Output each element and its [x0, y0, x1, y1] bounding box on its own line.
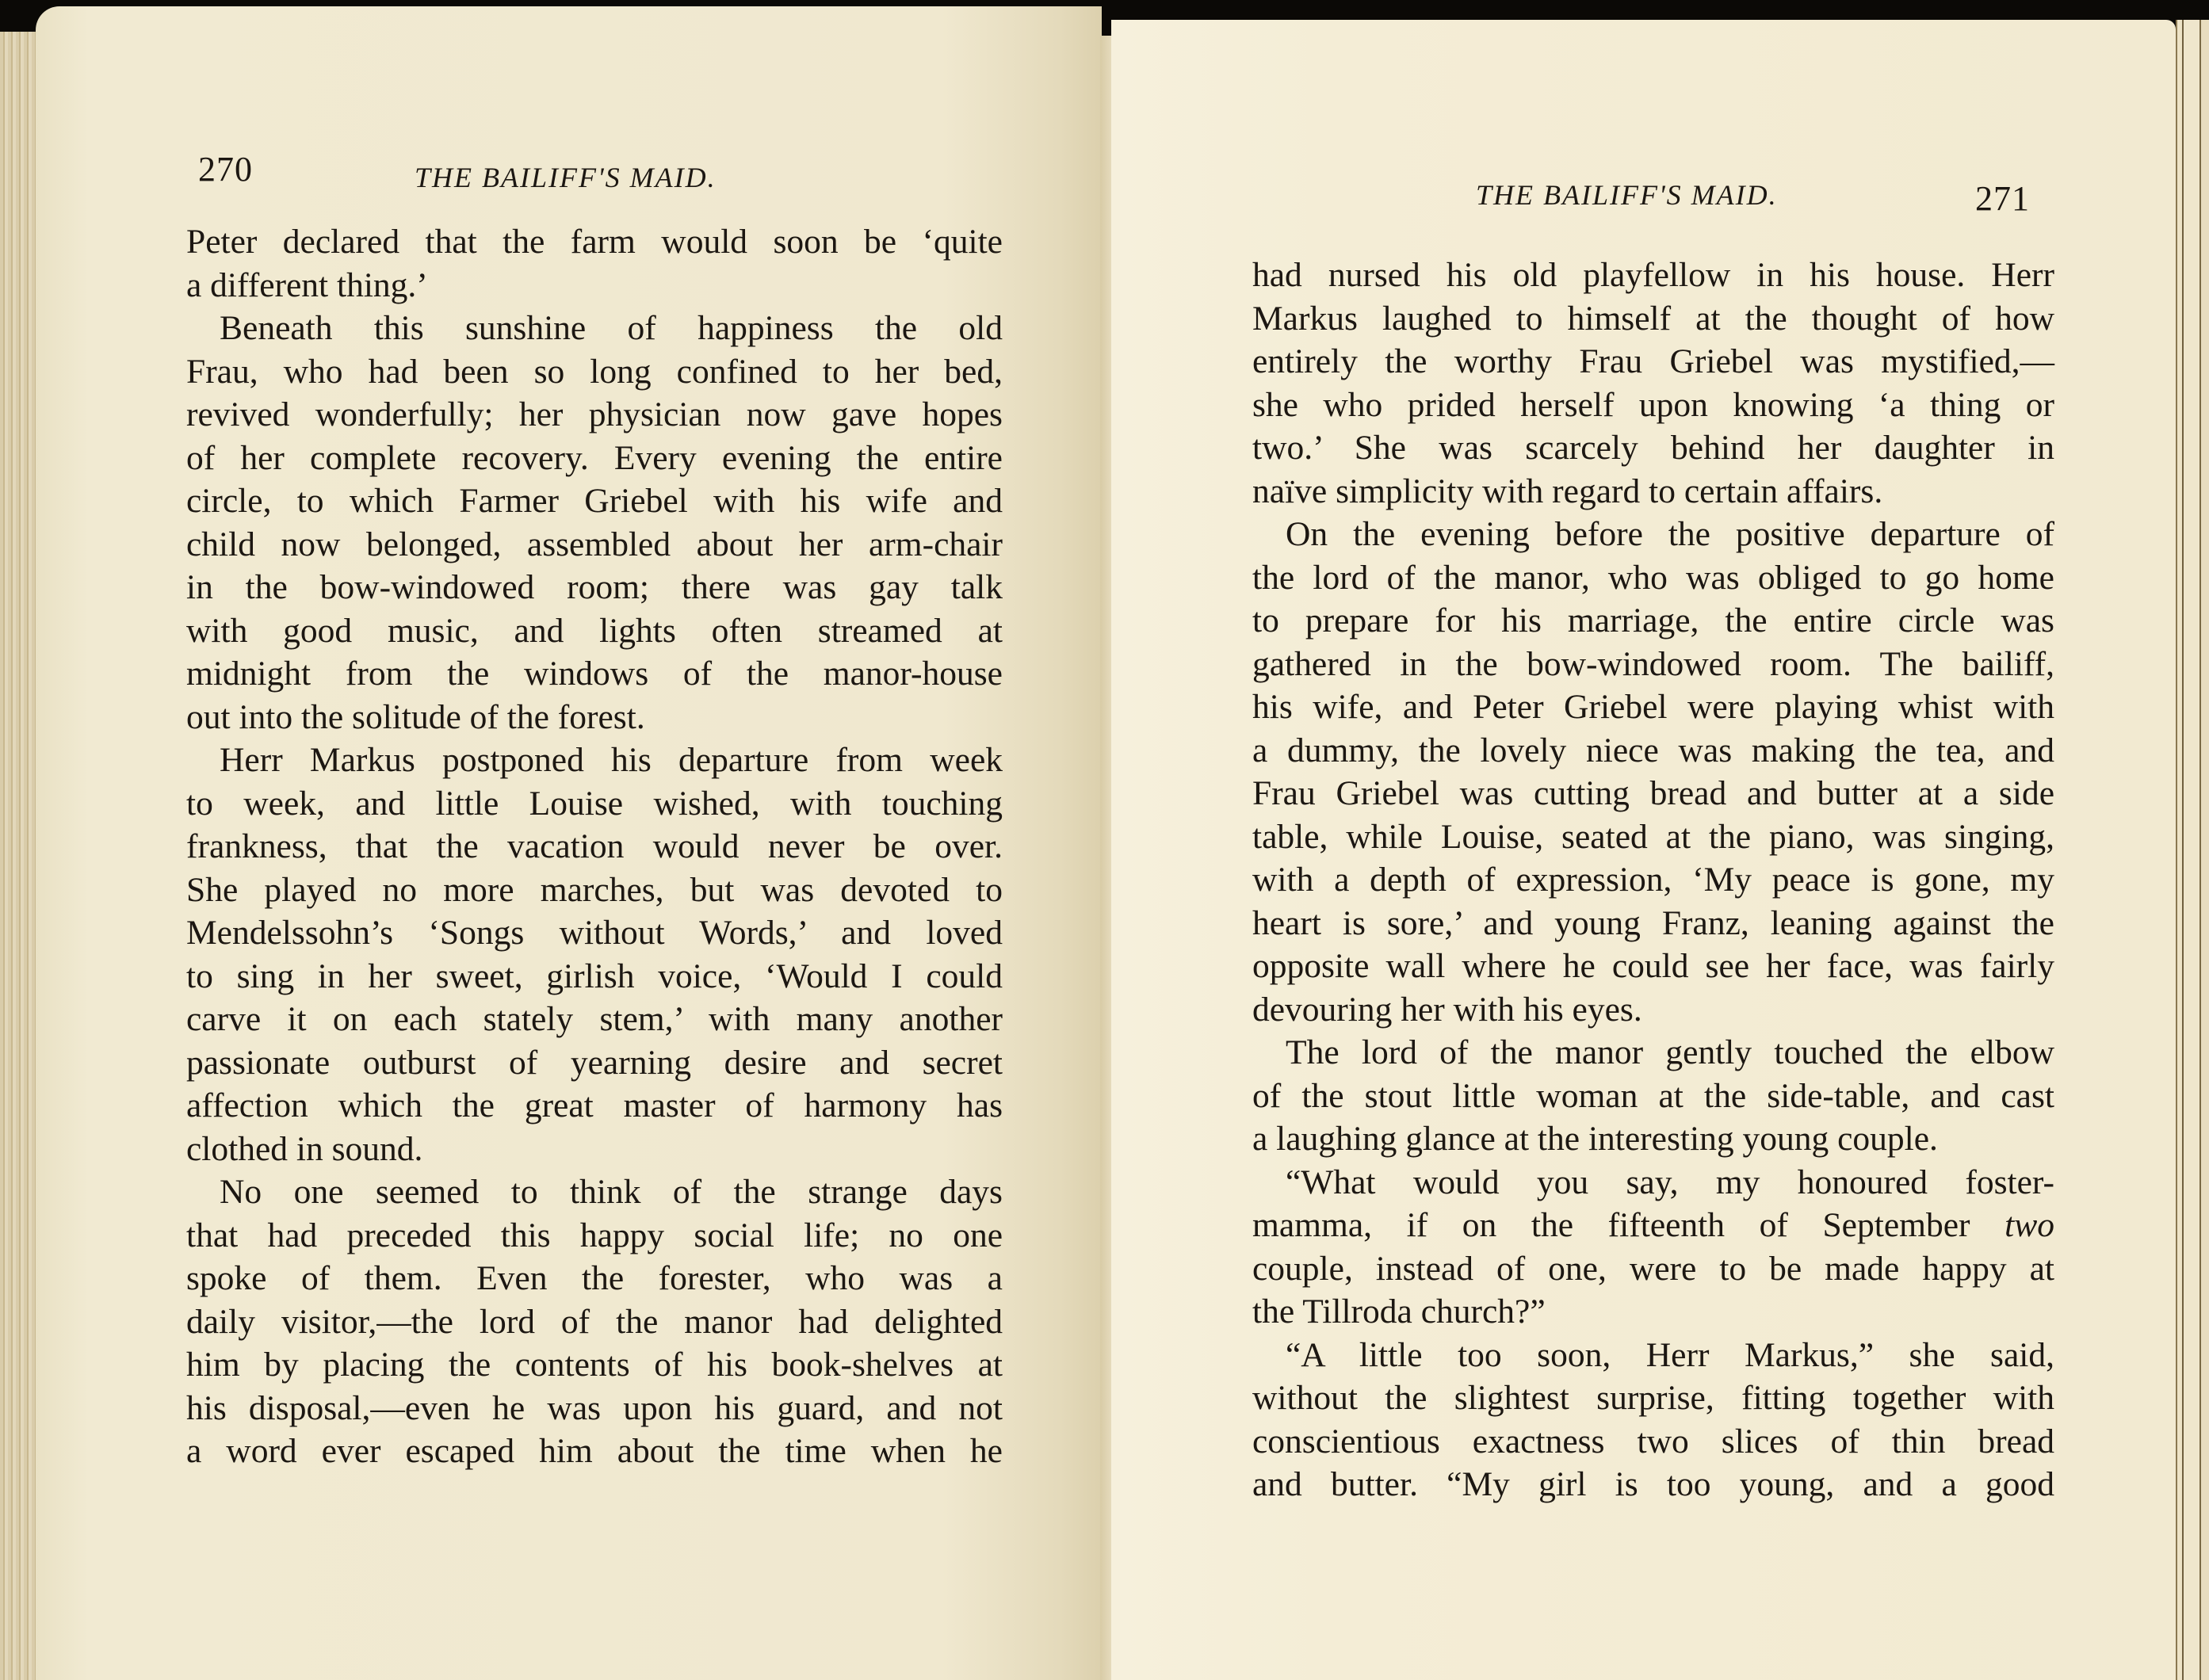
text-line: to sing in her sweet, girlish voice, ‘Wo…	[186, 955, 1003, 998]
text-line: No one seemed to think of the strange da…	[186, 1170, 1003, 1214]
text-line: that had preceded this happy social life…	[186, 1214, 1003, 1258]
text-line: “A little too soon, Herr Markus,” she sa…	[1252, 1334, 2054, 1377]
text-line: naïve simplicity with regard to certain …	[1252, 470, 2054, 514]
text-line: out into the solitude of the forest.	[186, 696, 1003, 739]
right-page-body: had nursed his old playfellow in his hou…	[1252, 254, 2054, 1506]
text-line: The lord of the manor gently touched the…	[1252, 1031, 2054, 1075]
right-page-number: 271	[1975, 178, 2030, 219]
text-line: entirely the worthy Frau Griebel was mys…	[1252, 340, 2054, 384]
text-line: of the stout little woman at the side-ta…	[1252, 1075, 2054, 1118]
text-line: him by placing the contents of his book-…	[186, 1343, 1003, 1387]
text-line: couple, instead of one, were to be made …	[1252, 1247, 2054, 1291]
text-line: to week, and little Louise wished, with …	[186, 782, 1003, 826]
text-line: carve it on each stately stem,’ with man…	[186, 998, 1003, 1041]
text-line: passionate outburst of yearning desire a…	[186, 1041, 1003, 1085]
right-page: THE BAILIFF'S MAID. 271 had nursed his o…	[1111, 20, 2176, 1680]
text-line: midnight from the windows of the manor-h…	[186, 652, 1003, 696]
left-running-title: THE BAILIFF'S MAID.	[415, 161, 717, 194]
text-line: in the bow-windowed room; there was gay …	[186, 566, 1003, 609]
text-line: to prepare for his marriage, the entire …	[1252, 599, 2054, 643]
left-page-number: 270	[198, 149, 253, 189]
text-line: the lord of the manor, who was obliged t…	[1252, 556, 2054, 600]
text-line: mamma, if on the fifteenth of September …	[1252, 1204, 2054, 1247]
text-line: table, while Louise, seated at the piano…	[1252, 815, 2054, 859]
text-line: Peter declared that the farm would soon …	[186, 220, 1003, 264]
text-line: his wife, and Peter Griebel were playing…	[1252, 685, 2054, 729]
text-line: Herr Markus postponed his departure from…	[186, 739, 1003, 782]
text-line: she who prided herself upon knowing ‘a t…	[1252, 384, 2054, 427]
text-line: clothed in sound.	[186, 1128, 1003, 1171]
text-line: gathered in the bow-windowed room. The b…	[1252, 643, 2054, 686]
text-line: the Tillroda church?”	[1252, 1290, 2054, 1334]
text-line: On the evening before the positive depar…	[1252, 513, 2054, 556]
text-line: two.’ She was scarcely behind her daught…	[1252, 426, 2054, 470]
text-line: revived wonderfully; her physician now g…	[186, 393, 1003, 437]
text-line: heart is sore,’ and young Franz, leaning…	[1252, 902, 2054, 945]
text-line: “What would you say, my honoured foster-	[1252, 1161, 2054, 1205]
text-line: conscientious exactness two slices of th…	[1252, 1420, 2054, 1464]
text-line: a dummy, the lovely niece was making the…	[1252, 729, 2054, 773]
text-line: devouring her with his eyes.	[1252, 988, 2054, 1032]
text-line: affection which the great master of harm…	[186, 1084, 1003, 1128]
text-line: with good music, and lights often stream…	[186, 609, 1003, 653]
text-line: of her complete recovery. Every evening …	[186, 437, 1003, 480]
text-line: a different thing.’	[186, 264, 1003, 307]
left-page: 270 THE BAILIFF'S MAID. Peter declared t…	[36, 6, 1102, 1680]
text-line: and butter. “My girl is too young, and a…	[1252, 1463, 2054, 1506]
text-line: circle, to which Farmer Griebel with his…	[186, 479, 1003, 523]
text-line: spoke of them. Even the forester, who wa…	[186, 1257, 1003, 1300]
text-line: child now belonged, assembled about her …	[186, 523, 1003, 567]
text-line: Frau, who had been so long confined to h…	[186, 350, 1003, 394]
text-line: without the slightest surprise, fitting …	[1252, 1376, 2054, 1420]
text-line: Markus laughed to himself at the thought…	[1252, 297, 2054, 341]
text-line: opposite wall where he could see her fac…	[1252, 945, 2054, 988]
text-line: with a depth of expression, ‘My peace is…	[1252, 858, 2054, 902]
text-line: She played no more marches, but was devo…	[186, 869, 1003, 912]
text-line: his disposal,—even he was upon his guard…	[186, 1387, 1003, 1430]
text-line: Mendelssohn’s ‘Songs without Words,’ and…	[186, 911, 1003, 955]
right-page-edges	[2176, 20, 2209, 1680]
text-line: a word ever escaped him about the time w…	[186, 1430, 1003, 1473]
text-line: frankness, that the vacation would never…	[186, 825, 1003, 869]
text-line: a laughing glance at the interesting you…	[1252, 1117, 2054, 1161]
right-running-title: THE BAILIFF'S MAID.	[1476, 178, 1778, 212]
left-page-body: Peter declared that the farm would soon …	[186, 220, 1003, 1473]
text-line: Frau Griebel was cutting bread and butte…	[1252, 772, 2054, 815]
text-line: Beneath this sunshine of happiness the o…	[186, 307, 1003, 350]
text-line: had nursed his old playfellow in his hou…	[1252, 254, 2054, 297]
text-line: daily visitor,—the lord of the manor had…	[186, 1300, 1003, 1344]
